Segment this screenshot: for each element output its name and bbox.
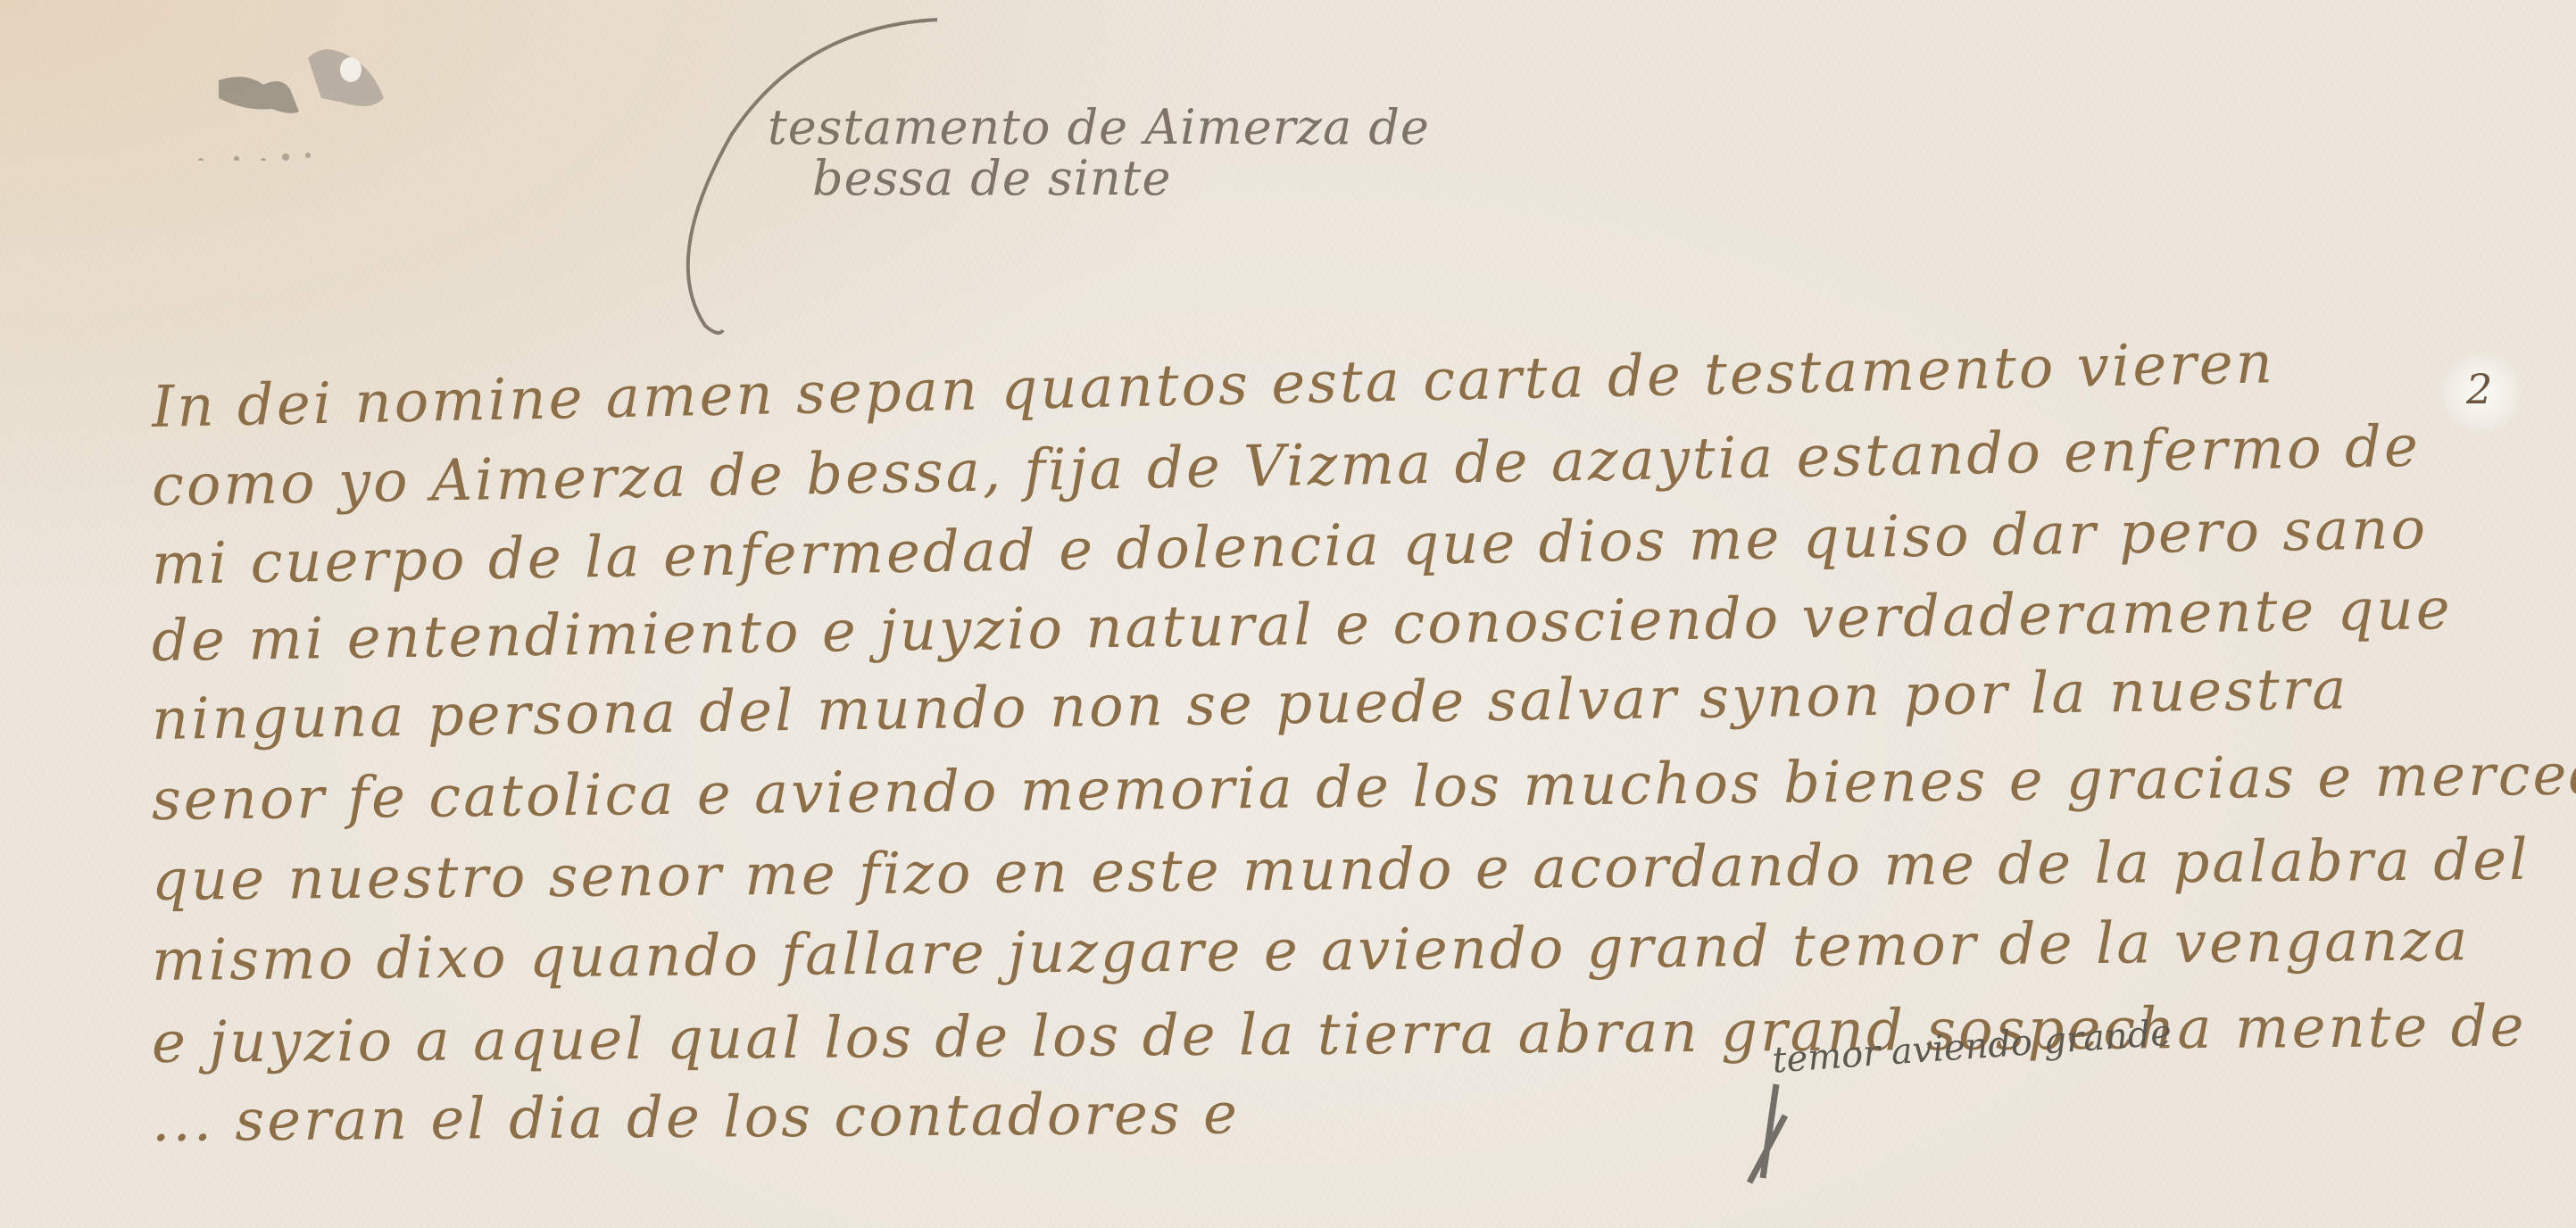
page-number-mark: 2 [2441,353,2522,433]
text-line-8: mismo dixo quando fallare juzgare e avie… [152,908,2471,994]
text-line-5: ninguna persona del mundo non se puede s… [151,657,2348,753]
text-line-6: senor fe catolica e aviendo memoria de l… [152,741,2576,834]
ink-strike-mark [1741,1080,1803,1187]
heading-line-1: testamento de Aimerza de [768,103,1430,153]
page-number: 2 [2466,365,2492,413]
ink-blot [165,27,397,161]
heading-line-2: bessa de sinte [812,153,1430,204]
document-heading: testamento de Aimerza de bessa de sinte [768,103,1430,203]
text-line-7: que nuestro senor me fizo en este mundo … [152,827,2530,914]
manuscript-page: testamento de Aimerza de bessa de sinte … [0,0,2576,1228]
text-line-10: ... seran el dia de los contadores e [152,1081,1240,1155]
